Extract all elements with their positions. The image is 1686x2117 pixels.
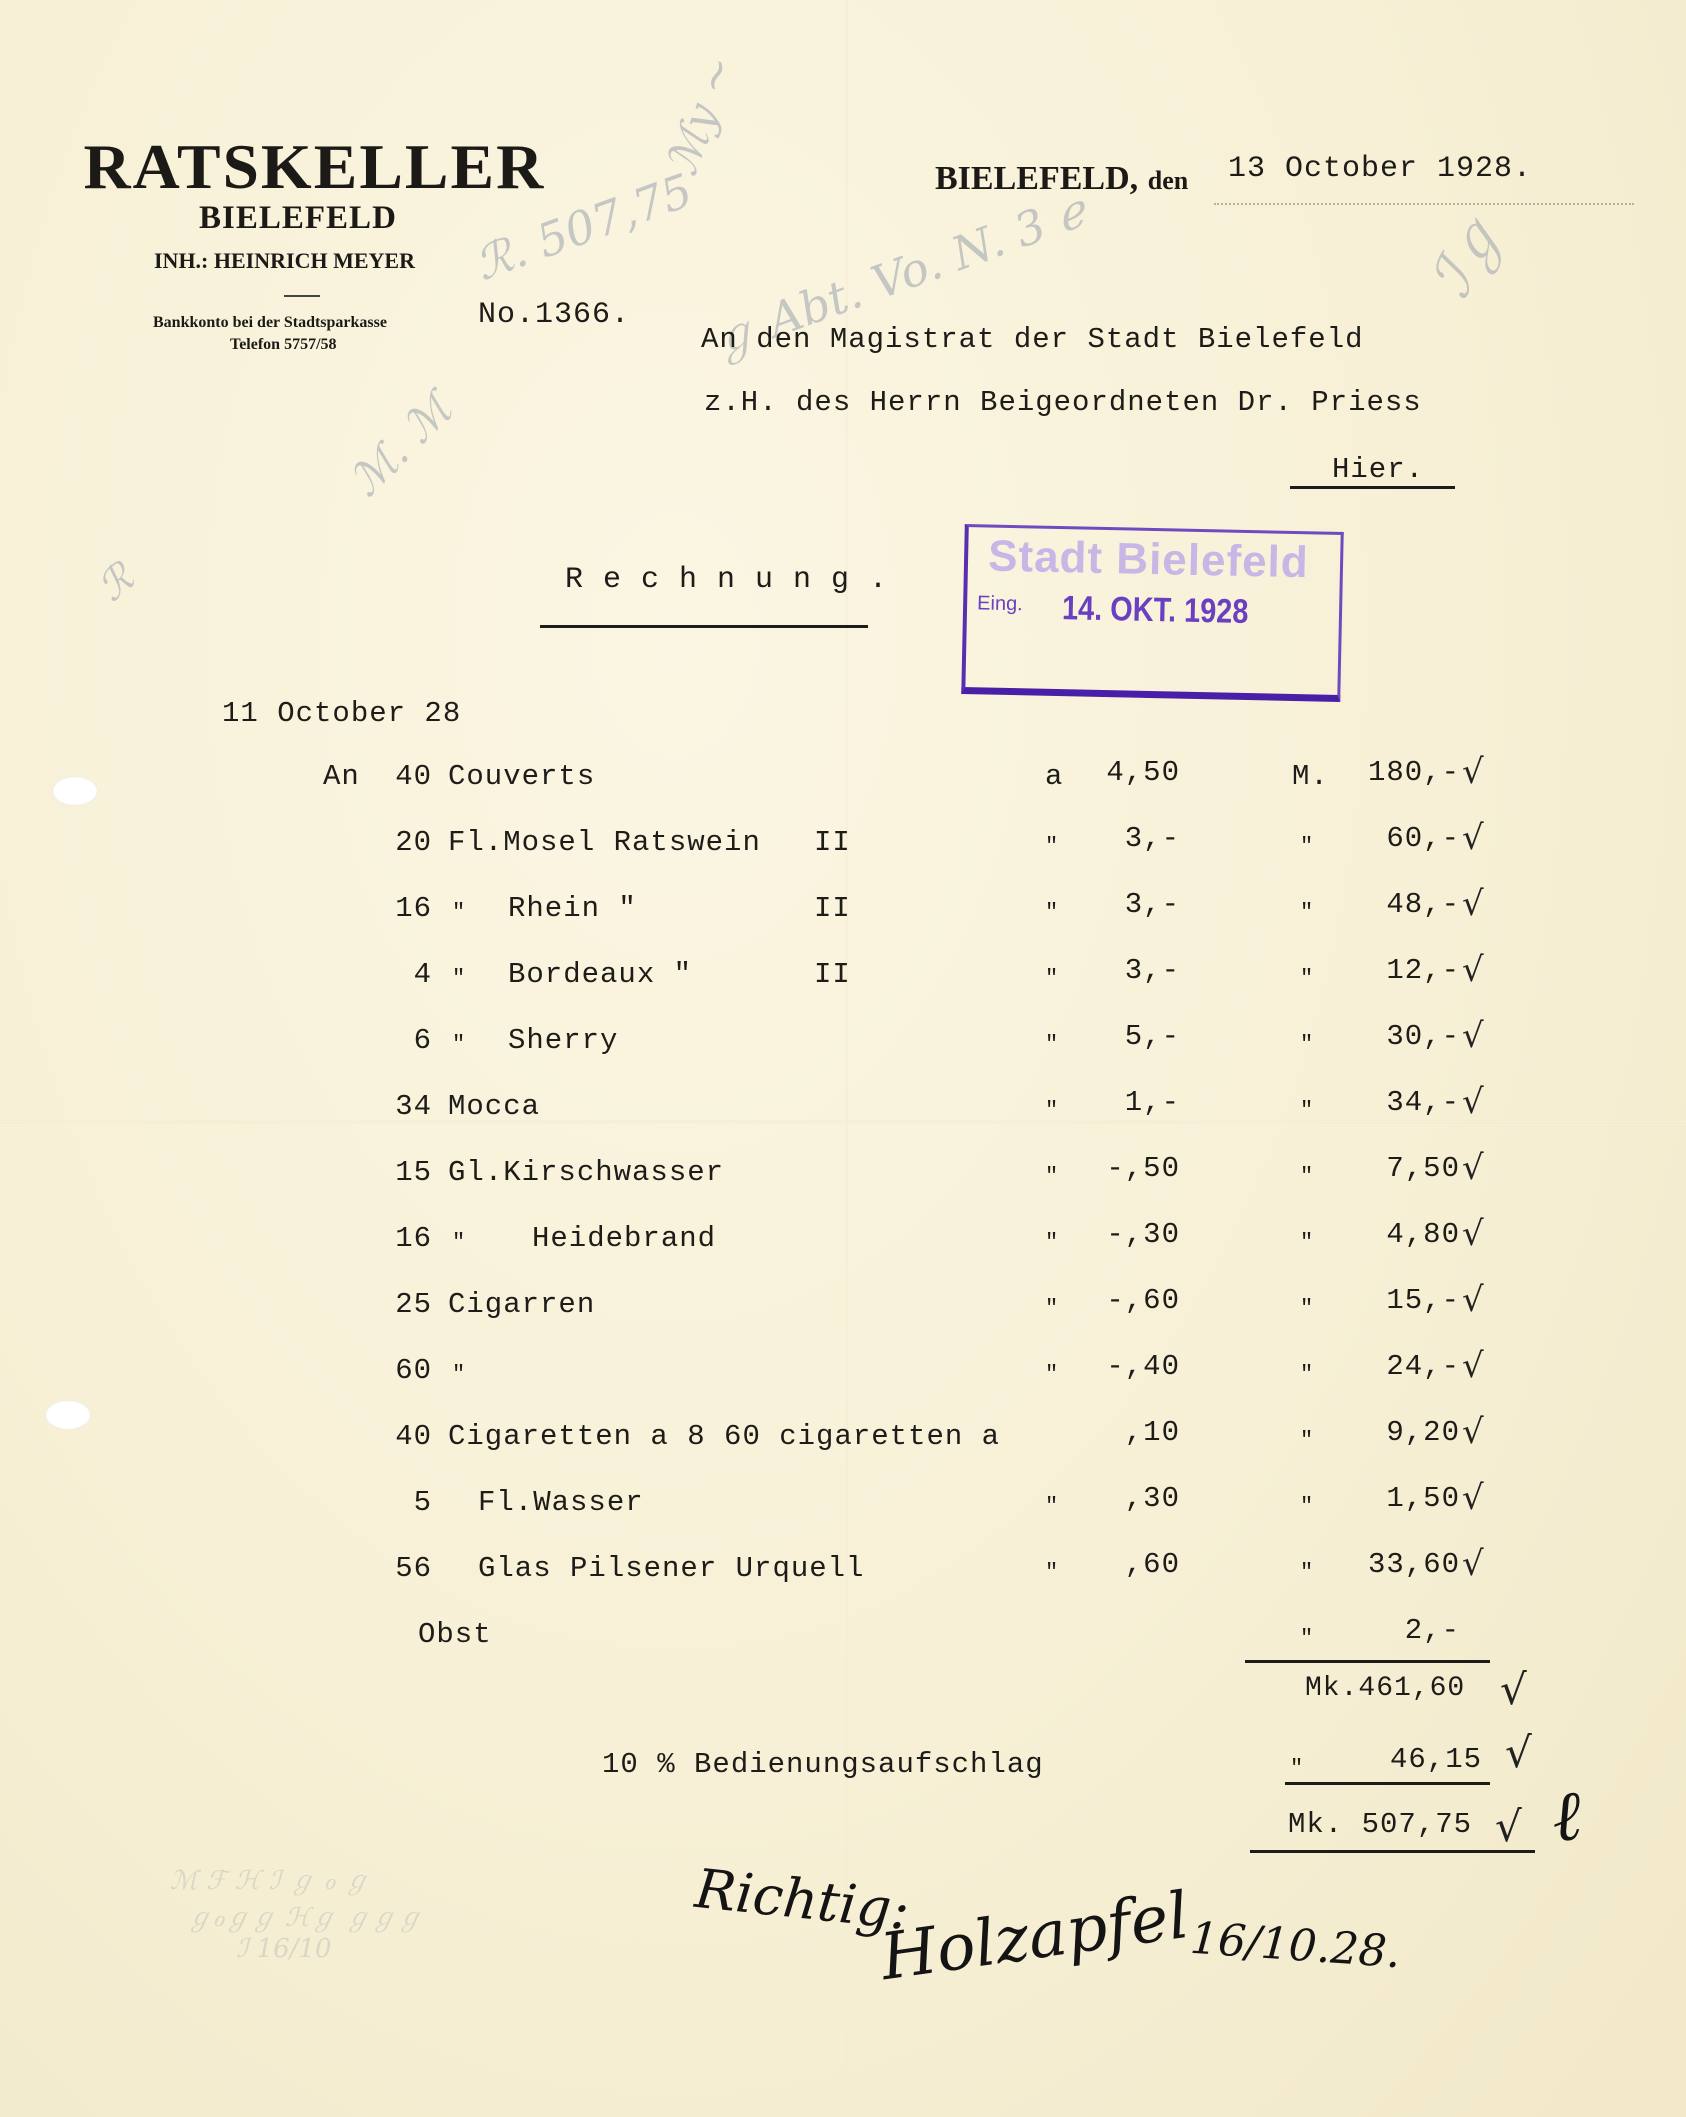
table-row: 4"Bordeaux "II"3,-"12,-√ — [0, 958, 1686, 1018]
service-charge-mark: " — [1290, 1756, 1304, 1781]
check-mark-icon: √ — [1462, 1544, 1484, 1584]
dateline-dotted-rule — [1214, 203, 1634, 205]
item-price-mark: " — [1045, 966, 1059, 991]
stamp-label: Eing. — [977, 592, 1023, 616]
item-description: Glas Pilsener Urquell — [478, 1552, 864, 1585]
item-total: 1,50 — [1386, 1482, 1460, 1515]
item-quantity: 60 — [395, 1354, 432, 1387]
check-mark-icon: √ — [1495, 1802, 1522, 1851]
recipient-line-2: z.H. des Herrn Beigeordneten Dr. Priess — [704, 386, 1422, 419]
item-price-mark: " — [1045, 1032, 1059, 1057]
item-total-mark: " — [1300, 1296, 1314, 1321]
check-mark-icon: √ — [1462, 1412, 1484, 1452]
item-unit-price: ,30 — [1125, 1482, 1180, 1515]
item-price-mark: " — [1045, 1560, 1059, 1585]
item-quantity: 40 — [395, 760, 432, 793]
item-total: 60,- — [1386, 822, 1460, 855]
item-total-mark: " — [1300, 1098, 1314, 1123]
service-charge-rule — [1285, 1782, 1490, 1785]
item-total: 15,- — [1386, 1284, 1460, 1317]
received-stamp: Stadt Bielefeld Eing. 14. OKT. 1928 — [961, 524, 1343, 702]
item-total-mark: " — [1300, 1560, 1314, 1585]
grand-total-rule — [1250, 1850, 1535, 1853]
initial-mark: ℓ — [1548, 1774, 1584, 1859]
item-unit-ditto: " — [452, 900, 466, 925]
item-description: Cigaretten a 8 60 cigaretten a — [448, 1420, 1000, 1453]
item-unit-price: 1,- — [1125, 1086, 1180, 1119]
invoice-number: No.1366. — [478, 298, 630, 332]
check-mark-icon: √ — [1462, 1082, 1484, 1122]
letterhead-owner: INH.: HEINRICH MEYER — [154, 248, 415, 274]
item-description: Sherry — [508, 1024, 618, 1057]
item-unit-price: 4,50 — [1106, 756, 1180, 789]
check-mark-icon: √ — [1462, 884, 1484, 924]
check-mark-icon: √ — [1462, 1478, 1484, 1518]
item-total-mark: " — [1300, 1494, 1314, 1519]
item-quantity: 25 — [395, 1288, 432, 1321]
item-description: Couverts — [448, 760, 595, 793]
item-unit-price: -,60 — [1106, 1284, 1180, 1317]
letterhead-bank: Bankkonto bei der Stadtsparkasse — [153, 314, 387, 332]
item-unit-price: -,50 — [1106, 1152, 1180, 1185]
item-total-mark: " — [1300, 834, 1314, 859]
table-row: 34Mocca"1,-"34,-√ — [0, 1090, 1686, 1150]
item-total-mark: M. — [1292, 760, 1329, 793]
item-total: 24,- — [1386, 1350, 1460, 1383]
stamp-city: Stadt Bielefeld — [988, 532, 1310, 589]
item-unit-price: 3,- — [1125, 822, 1180, 855]
table-row: 16"Heidebrand"-,30"4,80√ — [0, 1222, 1686, 1282]
item-quantity: 6 — [414, 1024, 432, 1057]
verification-date: 16/10.28. — [1188, 1913, 1402, 1979]
item-unit-price: 5,- — [1125, 1020, 1180, 1053]
item-quantity: 56 — [395, 1552, 432, 1585]
recipient-line-1: An den Magistrat der Stadt Bielefeld — [701, 323, 1364, 356]
item-unit-ditto: " — [452, 1230, 466, 1255]
table-row: 60""-,40"24,-√ — [0, 1354, 1686, 1414]
table-row: 16"Rhein "II"3,-"48,-√ — [0, 892, 1686, 952]
item-total: 9,20 — [1386, 1416, 1460, 1449]
item-total-mark: " — [1300, 1032, 1314, 1057]
dateline: BIELEFELD, den — [935, 160, 1188, 198]
item-unit-price: 3,- — [1125, 954, 1180, 987]
item-price-mark: " — [1045, 1362, 1059, 1387]
title-underline — [540, 625, 868, 628]
check-mark-icon: √ — [1462, 1016, 1484, 1056]
table-row: 6"Sherry"5,-"30,-√ — [0, 1024, 1686, 1084]
letterhead-name: RATSKELLER — [83, 130, 545, 204]
item-quantity: 16 — [395, 892, 432, 925]
table-row: 20Fl.Mosel RatsweinII"3,-"60,-√ — [0, 826, 1686, 886]
item-quantity: 20 — [395, 826, 432, 859]
item-total: 4,80 — [1386, 1218, 1460, 1251]
item-total: 30,- — [1386, 1020, 1460, 1053]
item-grade: II — [814, 958, 851, 991]
table-row: An40Couvertsa4,50M.180,-√ — [0, 760, 1686, 820]
service-charge-amount: 46,15 — [1390, 1743, 1482, 1776]
invoice-date: 11 October 28 — [222, 697, 461, 730]
item-quantity: 34 — [395, 1090, 432, 1123]
pencil-annotation-margin: ℛ — [89, 555, 143, 611]
item-unit-price: 3,- — [1125, 888, 1180, 921]
item-unit-ditto: " — [452, 966, 466, 991]
item-price-mark: a — [1045, 760, 1063, 793]
signature: Holzapfel — [876, 1879, 1193, 1995]
table-row: 56Glas Pilsener Urquell",60"33,60√ — [0, 1552, 1686, 1612]
item-price-mark: " — [1045, 900, 1059, 925]
check-mark-icon: √ — [1500, 1665, 1527, 1714]
item-description: Mocca — [448, 1090, 540, 1123]
item-total-mark: " — [1300, 1428, 1314, 1453]
item-description: Gl.Kirschwasser — [448, 1156, 724, 1189]
table-row: 25Cigarren"-,60"15,-√ — [0, 1288, 1686, 1348]
item-total: 12,- — [1386, 954, 1460, 987]
item-total-mark: " — [1300, 1230, 1314, 1255]
item-total: 2,- — [1405, 1614, 1460, 1647]
item-total-mark: " — [1300, 900, 1314, 925]
check-mark-icon: √ — [1462, 818, 1484, 858]
service-charge-label: 10 % Bedienungsaufschlag — [602, 1748, 1044, 1781]
item-unit-price: -,40 — [1106, 1350, 1180, 1383]
recipient-line-3: Hier. — [1332, 453, 1424, 486]
item-quantity: 5 — [414, 1486, 432, 1519]
item-description: Fl.Mosel Ratswein — [448, 826, 761, 859]
item-description: Obst — [418, 1618, 492, 1651]
pencil-annotation-diagonal-3: ℐℊ — [1405, 194, 1520, 310]
item-unit-price: ,10 — [1125, 1416, 1180, 1449]
item-price-mark: " — [1045, 1230, 1059, 1255]
item-unit-ditto: " — [452, 1032, 466, 1057]
item-description: Cigarren — [448, 1288, 595, 1321]
dateline-den: den — [1148, 166, 1188, 195]
item-unit-price: -,30 — [1106, 1218, 1180, 1251]
check-mark-icon: √ — [1462, 1346, 1484, 1386]
item-total: 34,- — [1386, 1086, 1460, 1119]
letterhead-divider — [284, 295, 320, 297]
subtotal-rule — [1245, 1660, 1490, 1663]
item-price-mark: " — [1045, 1296, 1059, 1321]
document-title: R e c h n u n g . — [565, 563, 888, 597]
check-mark-icon: √ — [1462, 1280, 1484, 1320]
check-mark-icon: √ — [1462, 1214, 1484, 1254]
pencil-annotation-bottom: ℳ ℱ ℋ ℐ ℊ ℴ ℊ ℊℴℊℊ ℋℊ ℊℊℊ ℐ 16/10 — [170, 1860, 423, 1964]
item-quantity: 40 — [395, 1420, 432, 1453]
letterhead-phone: Telefon 5757/58 — [230, 336, 337, 354]
item-price-mark: " — [1045, 1164, 1059, 1189]
item-quantity: 16 — [395, 1222, 432, 1255]
item-description: Bordeaux " — [508, 958, 692, 991]
item-description: Heidebrand — [532, 1222, 716, 1255]
grand-total: Mk. 507,75 — [1288, 1808, 1472, 1841]
pencil-annotation-left: ℳ. ℳ — [340, 384, 462, 506]
check-mark-icon: √ — [1462, 1148, 1484, 1188]
item-quantity: 15 — [395, 1156, 432, 1189]
check-mark-icon: √ — [1462, 950, 1484, 990]
dateline-city: BIELEFELD, — [935, 160, 1138, 197]
letter-date: 13 October 1928. — [1228, 152, 1532, 186]
subtotal: Mk.461,60 — [1305, 1673, 1465, 1704]
table-row: Obst"2,- — [0, 1618, 1686, 1678]
item-total: 33,60 — [1368, 1548, 1460, 1581]
item-total-mark: " — [1300, 1626, 1314, 1651]
item-quantity: 4 — [414, 958, 432, 991]
table-row: 5Fl.Wasser",30"1,50√ — [0, 1486, 1686, 1546]
item-price-mark: " — [1045, 1098, 1059, 1123]
check-mark-icon: √ — [1505, 1728, 1532, 1777]
item-price-mark: " — [1045, 834, 1059, 859]
letterhead-city: BIELEFELD — [199, 200, 397, 237]
stamp-date: 14. OKT. 1928 — [1062, 589, 1249, 632]
item-total: 7,50 — [1386, 1152, 1460, 1185]
item-grade: II — [814, 826, 851, 859]
table-row: 40Cigaretten a 8 60 cigaretten a,10"9,20… — [0, 1420, 1686, 1480]
item-total: 48,- — [1386, 888, 1460, 921]
item-unit-price: ,60 — [1125, 1548, 1180, 1581]
item-total: 180,- — [1368, 756, 1460, 789]
item-total-mark: " — [1300, 966, 1314, 991]
item-price-mark: " — [1045, 1494, 1059, 1519]
item-grade: II — [814, 892, 851, 925]
item-unit-ditto: " — [452, 1362, 466, 1387]
item-total-mark: " — [1300, 1362, 1314, 1387]
pencil-annotation-top: ℳy ~ — [656, 49, 746, 182]
item-description: Rhein " — [508, 892, 637, 925]
item-prefix: An — [323, 760, 360, 793]
item-description: Fl.Wasser — [478, 1486, 644, 1519]
recipient-underline — [1290, 486, 1455, 489]
table-row: 15Gl.Kirschwasser"-,50"7,50√ — [0, 1156, 1686, 1216]
item-total-mark: " — [1300, 1164, 1314, 1189]
check-mark-icon: √ — [1462, 752, 1484, 792]
